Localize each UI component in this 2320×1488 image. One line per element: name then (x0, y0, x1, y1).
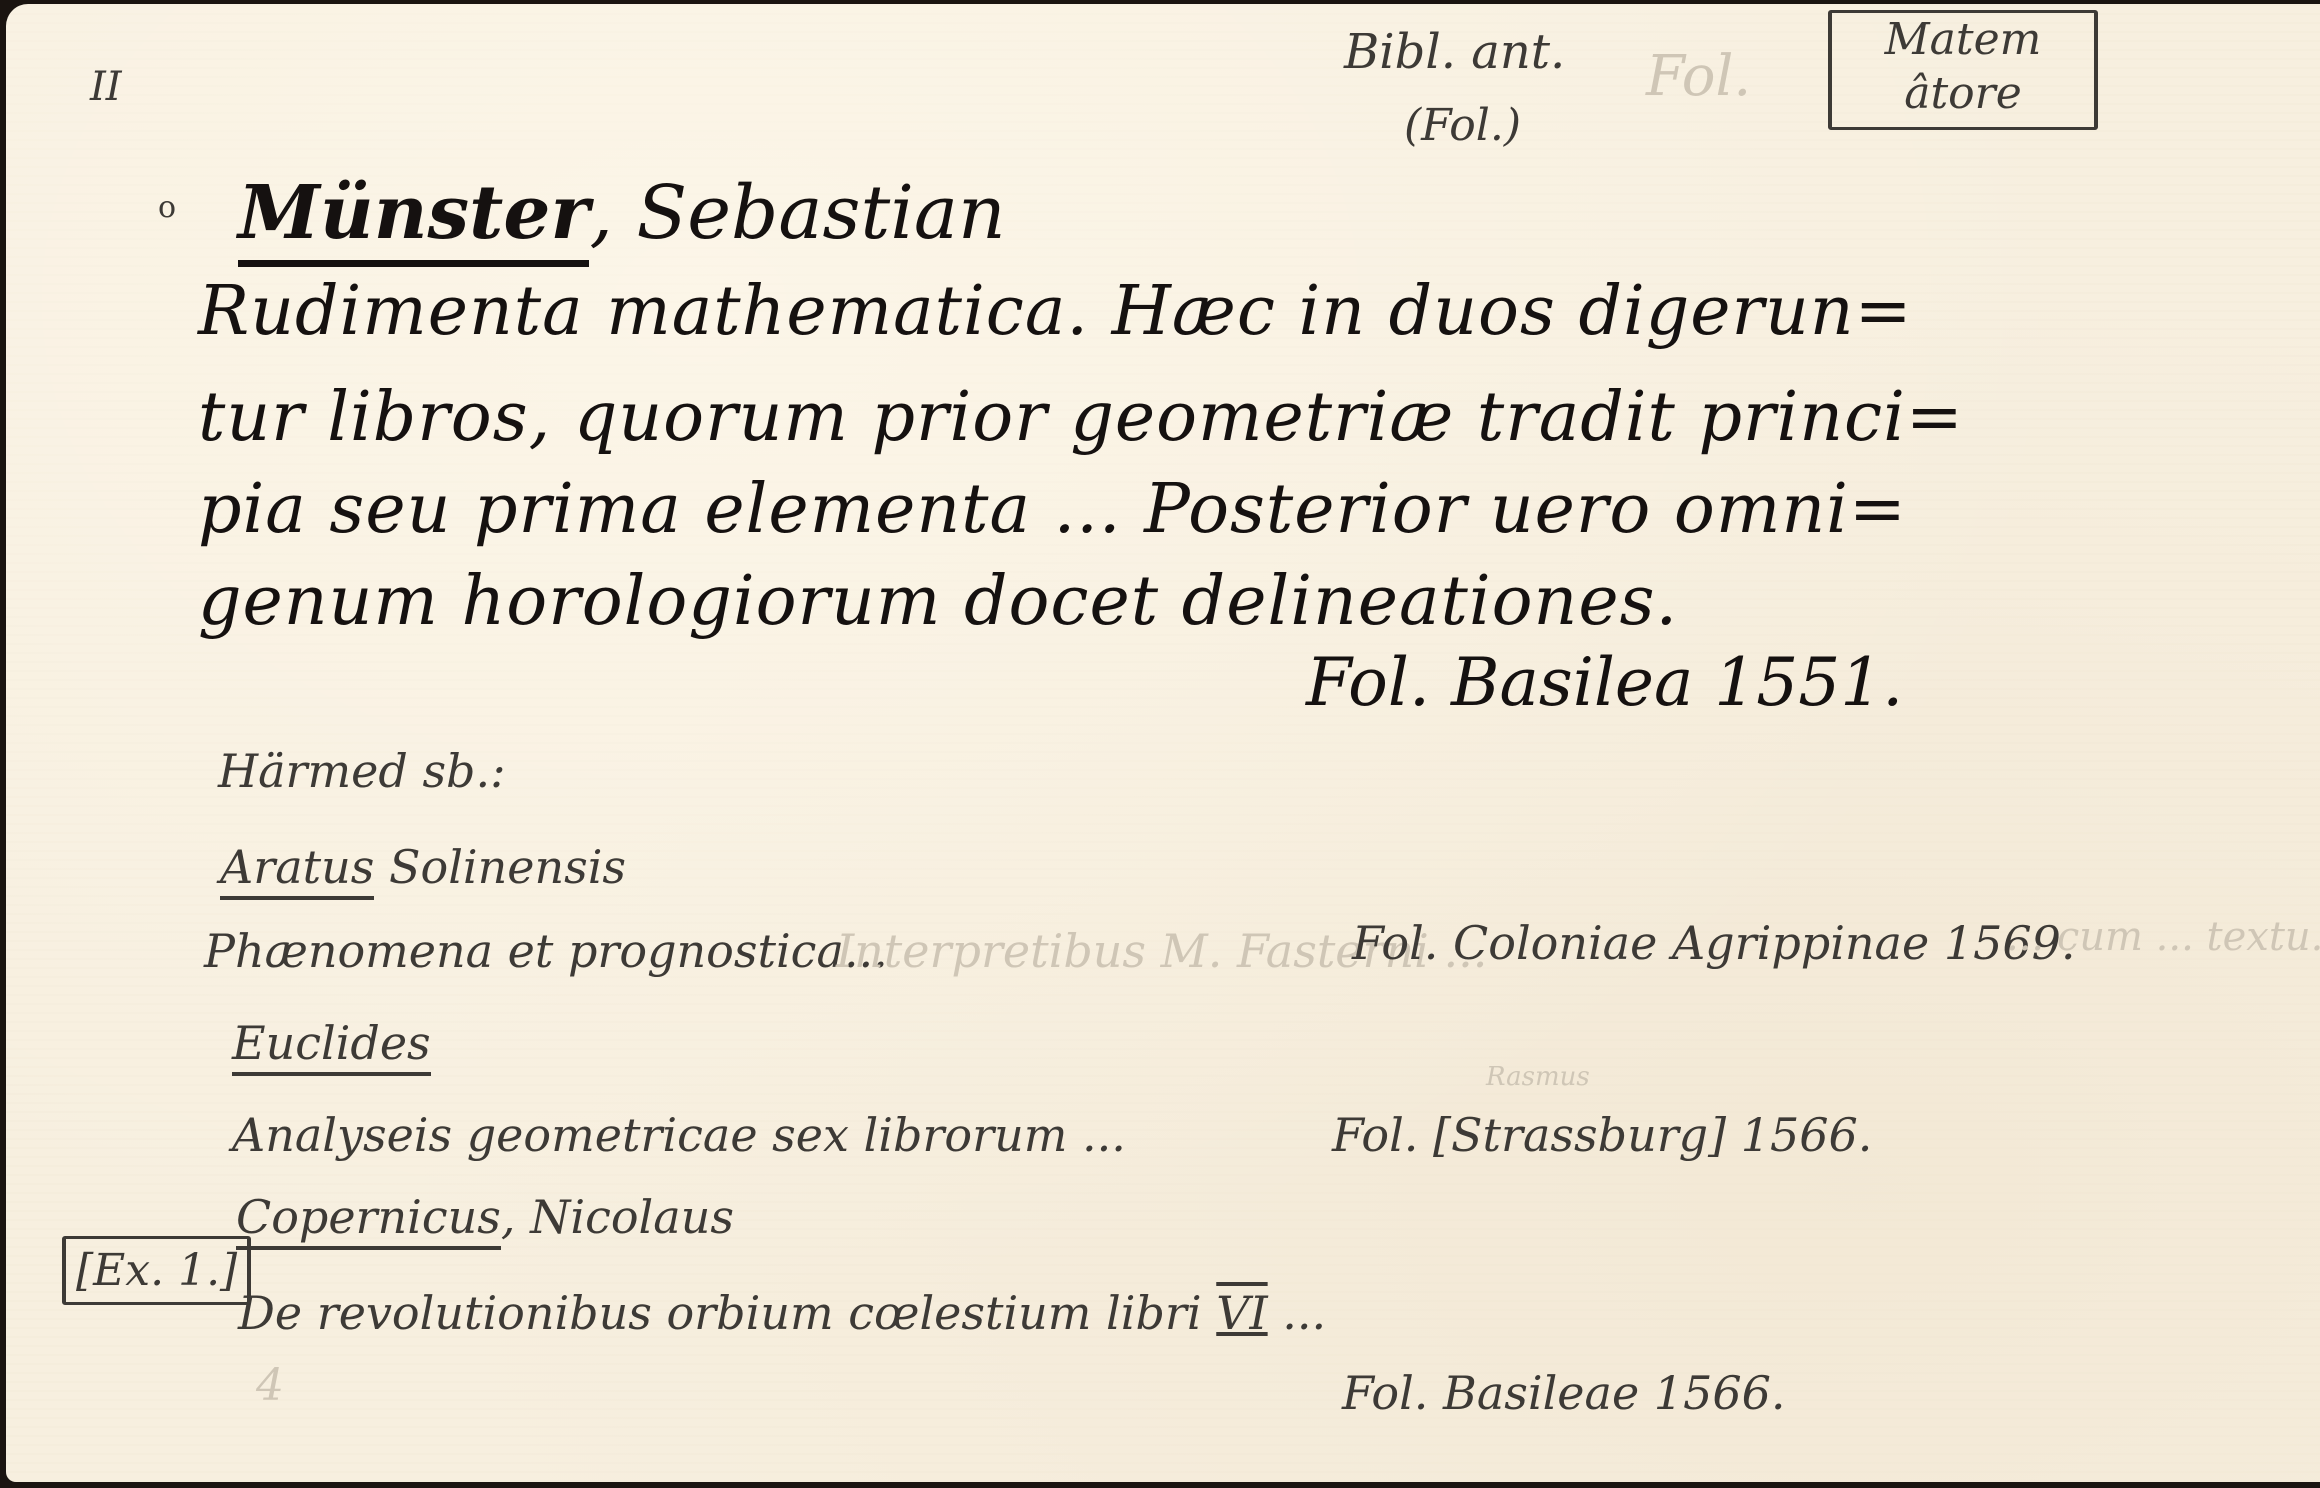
subject-heading-box: Matem âtore (1828, 10, 2098, 130)
bound-with-label: Härmed sb.: (218, 744, 506, 798)
bound-work-3-imprint: Fol. Basileae 1566. (1342, 1366, 1786, 1420)
main-title-line-3: pia seu prima elementa ... Posterior uer… (198, 470, 1907, 549)
shelf-mark-collection: Bibl. ant. (1344, 24, 1565, 80)
bound-work-3-author-rest: , Nicolaus (501, 1190, 734, 1244)
main-author-separator: , (589, 170, 613, 256)
bound-work-2-author: Euclides (232, 1016, 431, 1070)
catalog-card: II Bibl. ant. (Fol.) Fol. Matem âtore o … (6, 4, 2320, 1482)
bound-work-3-title-suffix: ... (1268, 1286, 1327, 1340)
bound-work-2-author-surname: Euclides (232, 1016, 431, 1076)
bound-work-1-author-rest: Solinensis (389, 840, 626, 894)
erased-shelf-mark: Fol. (1646, 44, 1751, 109)
subject-line-1: Matem (1850, 13, 2076, 67)
bound-work-2-imprint: Fol. [Strassburg] 1566. (1332, 1108, 1872, 1162)
bound-work-3-author-surname: Copernicus (236, 1190, 501, 1250)
hole-mark: o (158, 190, 176, 225)
bound-work-1-author: Aratus Solinensis (220, 840, 626, 894)
bound-work-2-faint-note: Rasmus (1486, 1062, 1590, 1092)
bound-work-3-title: De revolutionibus orbium cœlestium libri… (238, 1286, 1326, 1340)
bound-work-3-author: Copernicus, Nicolaus (236, 1190, 734, 1244)
bound-work-3-title-prefix: De revolutionibus orbium cœlestium libri (238, 1286, 1216, 1340)
bound-work-1-erased-text-right: ... cum ... textu... (2006, 914, 2320, 960)
subject-line-2: âtore (1850, 67, 2076, 121)
faint-bottom-mark: 4 (256, 1360, 284, 1411)
main-title-line-1: Rudimenta mathematica. Hæc in duos diger… (198, 272, 1913, 351)
bound-work-2-title: Analyseis geometricae sex librorum ... (232, 1108, 1126, 1162)
main-author-forename: Sebastian (637, 170, 1006, 256)
bound-work-1-author-surname: Aratus (220, 840, 374, 900)
main-author-surname: Münster (238, 170, 589, 267)
card-number-mark: II (90, 64, 122, 110)
bound-work-1-title: Phænomena et prognostica... (204, 924, 888, 978)
main-title-line-2: tur libros, quorum prior geometriæ tradi… (198, 378, 1964, 457)
copy-number-note: [Ex. 1.] (62, 1236, 251, 1305)
main-author-heading: Münster, Sebastian (238, 170, 1006, 256)
main-imprint: Fol. Basilea 1551. (1306, 644, 1903, 721)
bound-work-1-imprint: Fol. Coloniae Agrippinae 1569. (1352, 916, 2076, 970)
main-title-line-4: genum horologiorum docet delineationes. (198, 562, 1678, 641)
shelf-mark-format: (Fol.) (1404, 100, 1521, 151)
bound-work-3-title-roman: VI (1216, 1286, 1267, 1340)
